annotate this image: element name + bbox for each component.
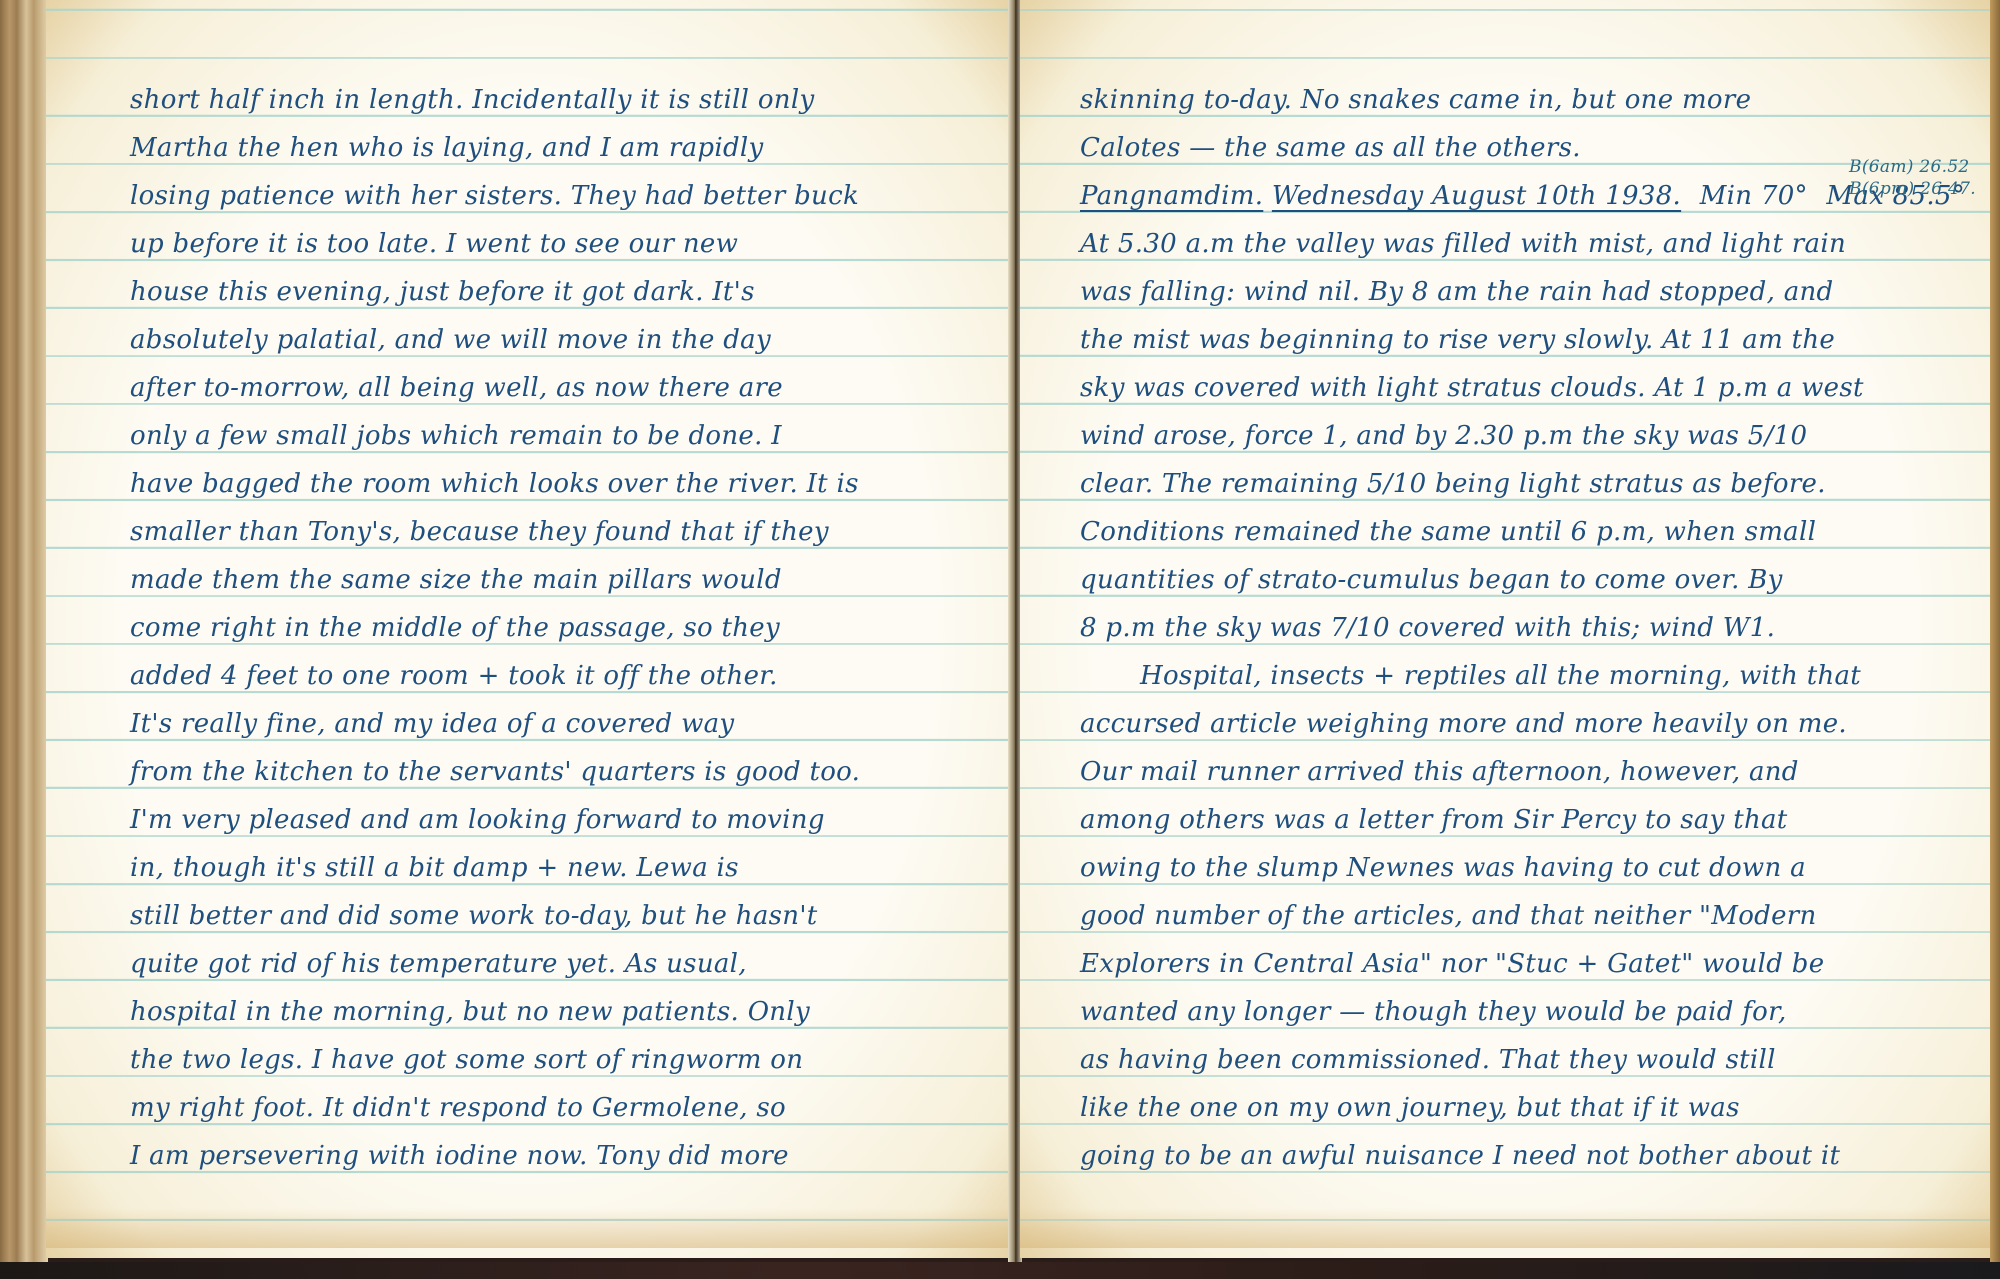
text-line: my right foot. It didn't respond to Germ… (46, 1084, 1012, 1132)
paragraph-start-line: Hospital, insects + reptiles all the mor… (1020, 652, 1990, 700)
text-line: was falling: wind nil. By 8 am the rain … (1020, 268, 1990, 316)
text-line: among others was a letter from Sir Percy… (1020, 796, 1990, 844)
text-line: good number of the articles, and that ne… (1020, 892, 1990, 940)
text-line: It's really fine, and my idea of a cover… (46, 700, 1012, 748)
text-line: in, though it's still a bit damp + new. … (46, 844, 1012, 892)
open-notebook: short half inch in length. Incidentally … (0, 0, 2000, 1262)
text-line: hospital in the morning, but no new pati… (46, 988, 1012, 1036)
barometer-pm: B(6pm) 26.47. (1849, 178, 1976, 200)
text-line: still better and did some work to-day, b… (46, 892, 1012, 940)
background-surface (0, 1262, 2000, 1279)
text-line: sky was covered with light stratus cloud… (1020, 364, 1990, 412)
text-line: Calotes — the same as all the others. (1020, 124, 1990, 172)
page-stack-edge (0, 0, 48, 1262)
text-line: Conditions remained the same until 6 p.m… (1020, 508, 1990, 556)
text-line: Explorers in Central Asia" nor "Stuc + G… (1020, 940, 1990, 988)
text-line: absolutely palatial, and we will move in… (46, 316, 1012, 364)
right-page: skinning to-day. No snakes came in, but … (1020, 0, 1992, 1258)
text-line: I'm very pleased and am looking forward … (46, 796, 1012, 844)
barometer-readings: B(6am) 26.52 B(6pm) 26.47. (1849, 156, 1976, 200)
text-line: 8 p.m the sky was 7/10 covered with this… (1020, 604, 1990, 652)
entry-place: Pangnamdim. (1080, 181, 1263, 211)
text-line: made them the same size the main pillars… (46, 556, 1012, 604)
text-line: skinning to-day. No snakes came in, but … (1020, 76, 1990, 124)
right-page-text: skinning to-day. No snakes came in, but … (1020, 76, 1990, 1180)
left-page-text: short half inch in length. Incidentally … (46, 76, 1012, 1180)
text-line: At 5.30 a.m the valley was filled with m… (1020, 220, 1990, 268)
entry-date: Wednesday August 10th 1938. (1272, 181, 1681, 211)
text-line: quite got rid of his temperature yet. As… (46, 940, 1012, 988)
text-line: only a few small jobs which remain to be… (46, 412, 1012, 460)
text-line: have bagged the room which looks over th… (46, 460, 1012, 508)
text-line: like the one on my own journey, but that… (1020, 1084, 1990, 1132)
text-line: after to-morrow, all being well, as now … (46, 364, 1012, 412)
text-line: house this evening, just before it got d… (46, 268, 1012, 316)
text-line: Martha the hen who is laying, and I am r… (46, 124, 1012, 172)
text-line: wanted any longer — though they would be… (1020, 988, 1990, 1036)
text-line: going to be an awful nuisance I need not… (1020, 1132, 1990, 1180)
text-line: added 4 feet to one room + took it off t… (46, 652, 1012, 700)
text-line: losing patience with her sisters. They h… (46, 172, 1012, 220)
water-stain (1020, 1208, 1990, 1248)
min-temperature: Min 70° (1700, 181, 1808, 211)
text-line: Our mail runner arrived this afternoon, … (1020, 748, 1990, 796)
text-line: up before it is too late. I went to see … (46, 220, 1012, 268)
text-line: short half inch in length. Incidentally … (46, 76, 1012, 124)
text-line: owing to the slump Newnes was having to … (1020, 844, 1990, 892)
text-line: clear. The remaining 5/10 being light st… (1020, 460, 1990, 508)
page-edge (1990, 0, 2000, 1262)
text-line: quantities of strato-cumulus began to co… (1020, 556, 1990, 604)
text-line: as having been commissioned. That they w… (1020, 1036, 1990, 1084)
barometer-am: B(6am) 26.52 (1849, 156, 1976, 178)
entry-heading: Pangnamdim. Wednesday August 10th 1938. … (1020, 172, 1990, 220)
text-line: the two legs. I have got some sort of ri… (46, 1036, 1012, 1084)
text-line: smaller than Tony's, because they found … (46, 508, 1012, 556)
text-line: accursed article weighing more and more … (1020, 700, 1990, 748)
text-line: from the kitchen to the servants' quarte… (46, 748, 1012, 796)
text-line: I am persevering with iodine now. Tony d… (46, 1132, 1012, 1180)
text-line: come right in the middle of the passage,… (46, 604, 1012, 652)
text-line: the mist was beginning to rise very slow… (1020, 316, 1990, 364)
text-line: wind arose, force 1, and by 2.30 p.m the… (1020, 412, 1990, 460)
left-page: short half inch in length. Incidentally … (46, 0, 1013, 1258)
water-stain (46, 1208, 1012, 1248)
